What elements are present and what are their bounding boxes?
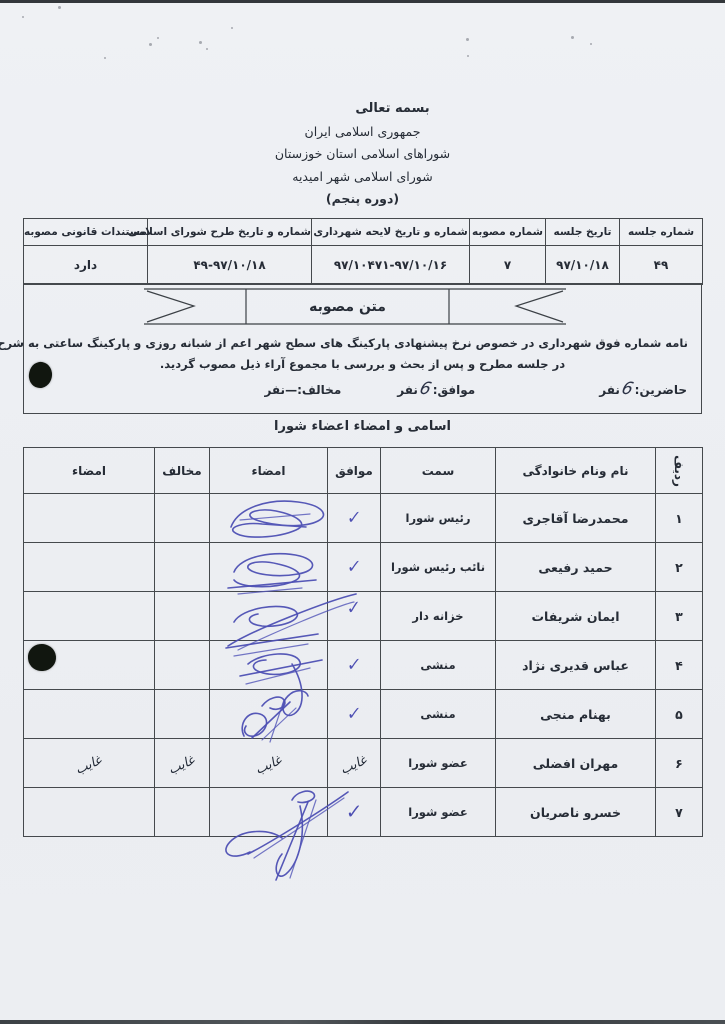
- member-signature-cell: [210, 592, 328, 641]
- member-post: منشی: [381, 641, 496, 690]
- member-row-no: ۱: [656, 494, 703, 543]
- resolution-body-line-2: در جلسه مطرح و پس از بحث و بررسی با مجمو…: [37, 354, 688, 374]
- attendees-unit: نفر: [599, 383, 620, 397]
- member-signature-cell: [210, 494, 328, 543]
- term-line: (دوره پنجم): [0, 188, 725, 211]
- org-line: شوراهای اسلامی استان خوزستان: [0, 143, 725, 166]
- meta-header-plan: شماره و تاریخ طرح شورای اسلامی: [148, 219, 312, 246]
- scanned-document-page: بسمه تعالی جمهوری اسلامی ایران شوراهای ا…: [0, 0, 725, 1024]
- meta-header-legal-docs: مستندات قانونی مصوبه: [24, 219, 148, 246]
- attendees-count-group: حاضرین:6نفر: [599, 383, 687, 397]
- agree-checkmark: ✓: [346, 597, 361, 620]
- member-signature-cell: [210, 788, 328, 837]
- member-oppose-cell: غایب: [155, 739, 210, 788]
- member-signature2-cell: [24, 543, 155, 592]
- member-signature2-cell: [24, 494, 155, 543]
- member-name: حمید رفیعی: [496, 543, 656, 592]
- member-oppose-cell: [155, 592, 210, 641]
- meta-value-session-date: ۹۷/۱۰/۱۸: [546, 246, 620, 285]
- member-agree-cell: ✓: [328, 690, 381, 739]
- member-row: ۱ محمدرضا آقاجری رئیس شورا ✓: [24, 494, 703, 543]
- members-header-post: سمت: [381, 448, 496, 494]
- agree-checkmark: ✓: [346, 556, 362, 578]
- oppose-count: —: [285, 383, 297, 397]
- members-header-row-no: ردیف: [656, 448, 703, 494]
- member-row-no: ۷: [656, 788, 703, 837]
- attendance-line: حاضرین:6نفر موافق:6نفر مخالف:—نفر: [24, 383, 701, 397]
- scan-speck: [58, 6, 61, 9]
- scan-speck: [206, 48, 208, 50]
- member-signature2-cell: [24, 592, 155, 641]
- members-table: ردیف نام ونام خانوادگی سمت موافق امضاء م…: [23, 447, 703, 837]
- member-row-no: ۵: [656, 690, 703, 739]
- meta-header-session-no: شماره جلسه: [620, 219, 703, 246]
- member-oppose-cell: [155, 543, 210, 592]
- scan-speck: [231, 27, 233, 29]
- scan-speck: [571, 36, 574, 39]
- member-oppose-cell: [155, 788, 210, 837]
- absent-mark: غایب: [167, 753, 198, 778]
- members-header-signature: امضاء: [210, 448, 328, 494]
- member-row-no: ۳: [656, 592, 703, 641]
- agree-count-group: موافق:6نفر: [397, 383, 475, 397]
- member-signature2-cell: [24, 641, 155, 690]
- member-row: ۷ خسرو ناصریان عضو شورا ✓: [24, 788, 703, 837]
- member-agree-cell: ✓: [328, 494, 381, 543]
- members-header-agree: موافق: [328, 448, 381, 494]
- meta-value-plan: ۴۹-۹۷/۱۰/۱۸: [148, 246, 312, 285]
- member-signature2-cell: غایب: [24, 739, 155, 788]
- member-row-no: ۶: [656, 739, 703, 788]
- meta-value-session-no: ۴۹: [620, 246, 703, 285]
- attendees-count-handwritten: 6: [621, 384, 634, 395]
- member-signature-cell: غایب: [210, 739, 328, 788]
- scan-speck: [149, 43, 152, 46]
- member-row: ۲ حمید رفیعی نائب رئیس شورا ✓: [24, 543, 703, 592]
- basmala-line: بسمه تعالی: [30, 98, 725, 121]
- oppose-count-group: مخالف:—نفر: [264, 383, 341, 397]
- member-post: خزانه دار: [381, 592, 496, 641]
- meta-table: شماره جلسه تاریخ جلسه شماره مصوبه شماره …: [23, 218, 703, 285]
- members-header-oppose: مخالف: [155, 448, 210, 494]
- absent-mark: غایب: [74, 753, 105, 778]
- member-oppose-cell: [155, 690, 210, 739]
- banner-title: متن مصوبه: [246, 288, 449, 325]
- member-row: ۶ مهران افضلی عضو شورا غایب غایب غایب غا…: [24, 739, 703, 788]
- member-agree-cell: غایب: [328, 739, 381, 788]
- member-row-no: ۲: [656, 543, 703, 592]
- meta-header-session-date: تاریخ جلسه: [546, 219, 620, 246]
- member-signature2-cell: [24, 788, 155, 837]
- member-row: ۵ بهنام منجی منشی ✓: [24, 690, 703, 739]
- agree-checkmark: ✓: [345, 800, 362, 824]
- resolution-banner: متن مصوبه: [144, 288, 566, 325]
- member-post: عضو شورا: [381, 739, 496, 788]
- absent-mark: غایب: [253, 753, 284, 778]
- member-signature-cell: [210, 543, 328, 592]
- member-name: خسرو ناصریان: [496, 788, 656, 837]
- scan-speck: [199, 41, 202, 44]
- member-agree-cell: ✓: [328, 543, 381, 592]
- country-line: جمهوری اسلامی ایران: [0, 121, 725, 144]
- agree-label: موافق:: [433, 383, 476, 397]
- member-name: ایمان شریفات: [496, 592, 656, 641]
- scan-speck: [22, 16, 24, 18]
- member-name: بهنام منجی: [496, 690, 656, 739]
- member-row-no: ۴: [656, 641, 703, 690]
- agree-unit: نفر: [397, 383, 418, 397]
- member-oppose-cell: [155, 494, 210, 543]
- agree-count-handwritten: 6: [419, 384, 432, 395]
- member-row: ۳ ایمان شریفات خزانه دار ✓: [24, 592, 703, 641]
- meta-value-legal-docs: دارد: [24, 246, 148, 285]
- council-line: شورای اسلامی شهر امیدیه: [0, 166, 725, 189]
- scan-speck: [157, 37, 159, 39]
- scan-speck: [104, 57, 106, 59]
- member-name: عباس قدیری نژاد: [496, 641, 656, 690]
- meta-value-row: ۴۹ ۹۷/۱۰/۱۸ ۷ ۹۷/۱۰۴۷۱-۹۷/۱۰/۱۶ ۴۹-۹۷/۱۰…: [24, 246, 703, 285]
- members-header-row: ردیف نام ونام خانوادگی سمت موافق امضاء م…: [24, 448, 703, 494]
- member-agree-cell: ✓: [328, 788, 381, 837]
- scan-speck: [467, 55, 469, 57]
- members-header-signature-2: امضاء: [24, 448, 155, 494]
- member-row: ۴ عباس قدیری نژاد منشی ✓: [24, 641, 703, 690]
- member-signature-cell: [210, 641, 328, 690]
- member-signature-cell: [210, 690, 328, 739]
- resolution-body-line-1: نامه شماره فوق شهرداری در خصوص نرخ پیشنه…: [37, 333, 688, 353]
- meta-value-bill: ۹۷/۱۰۴۷۱-۹۷/۱۰/۱۶: [312, 246, 470, 285]
- oppose-unit: نفر: [264, 383, 285, 397]
- meta-header-row: شماره جلسه تاریخ جلسه شماره مصوبه شماره …: [24, 219, 703, 246]
- member-signature2-cell: [24, 690, 155, 739]
- member-agree-cell: ✓: [328, 592, 381, 641]
- resolution-section: متن مصوبه نامه شماره فوق شهرداری در خصوص…: [23, 283, 702, 414]
- meta-value-resolution-no: ۷: [470, 246, 546, 285]
- absent-mark: غایب: [339, 753, 370, 778]
- member-post: رئیس شورا: [381, 494, 496, 543]
- member-name: مهران افضلی: [496, 739, 656, 788]
- scan-speck: [466, 38, 469, 41]
- member-name: محمدرضا آقاجری: [496, 494, 656, 543]
- oppose-label: مخالف:: [297, 383, 341, 397]
- attendees-label: حاضرین:: [635, 383, 687, 397]
- member-post: منشی: [381, 690, 496, 739]
- member-post: نائب رئیس شورا: [381, 543, 496, 592]
- scanner-bottom-edge: [0, 1020, 725, 1024]
- member-post: عضو شورا: [381, 788, 496, 837]
- agree-checkmark: ✓: [346, 703, 362, 725]
- members-header-name: نام ونام خانوادگی: [496, 448, 656, 494]
- agree-checkmark: ✓: [346, 507, 362, 529]
- document-header: بسمه تعالی جمهوری اسلامی ایران شوراهای ا…: [0, 98, 725, 211]
- members-section-title: اسامی و امضاء اعضاء شورا: [0, 419, 725, 434]
- agree-checkmark: ✓: [346, 654, 362, 676]
- member-agree-cell: ✓: [328, 641, 381, 690]
- meta-header-resolution-no: شماره مصوبه: [470, 219, 546, 246]
- scanner-top-edge: [0, 0, 725, 3]
- member-oppose-cell: [155, 641, 210, 690]
- scan-speck: [590, 43, 592, 45]
- meta-header-bill: شماره و تاریخ لایحه شهرداری: [312, 219, 470, 246]
